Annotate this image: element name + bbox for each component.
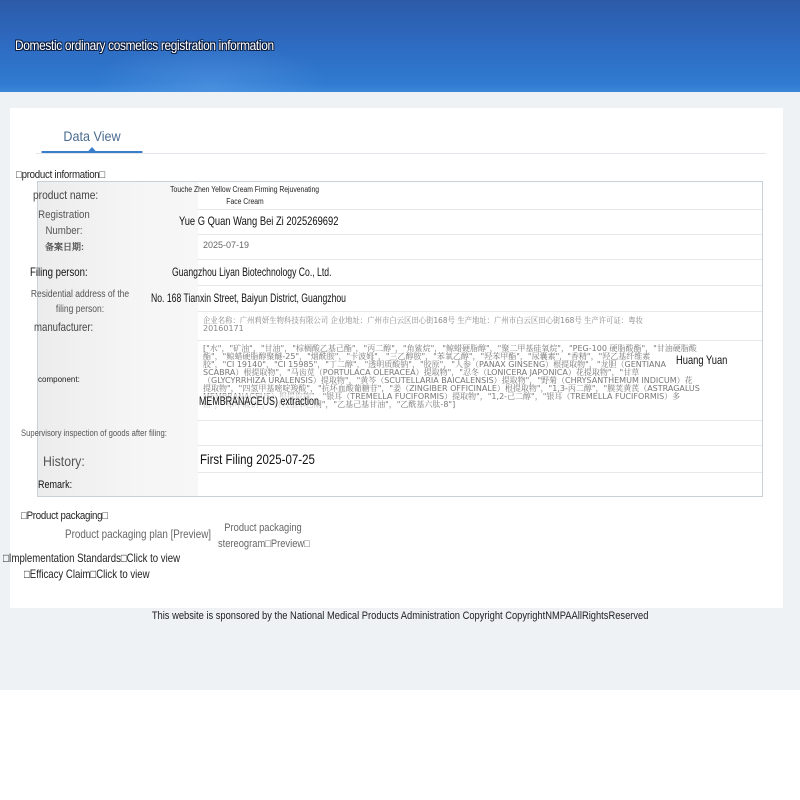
- component-translation-overlay-1: Huang Yuan: [676, 353, 727, 367]
- product-name-value: Touche Zhen Yellow Cream Firming Rejuven…: [150, 184, 340, 208]
- row-divider: [198, 340, 762, 341]
- product-name-label: product name:: [33, 188, 98, 202]
- remark-label: Remark:: [38, 479, 72, 491]
- product-info-table: [37, 181, 763, 497]
- component-translation-overlay-2: MEMBRANACEUS) extraction: [199, 394, 319, 408]
- section-title-product-information: □product information□: [16, 169, 105, 181]
- tab-bar: Data View: [36, 120, 766, 154]
- registration-number-label-line-1: Registration: [34, 207, 94, 223]
- registration-number-label: Registration Number:: [30, 207, 98, 239]
- residential-address-label-line-2: filing person:: [31, 302, 130, 317]
- row-divider: [198, 472, 762, 473]
- implementation-standards-link[interactable]: □Implementation Standards□Click to view: [3, 551, 180, 565]
- page-header: Domestic ordinary cosmetics registration…: [0, 0, 800, 92]
- component-label: component:: [38, 375, 80, 384]
- efficacy-claim-link[interactable]: □Efficacy Claim□Click to view: [24, 567, 150, 581]
- filing-date-label: 备案日期:: [45, 240, 84, 253]
- product-name-line-1: Touche Zhen Yellow Cream Firming Rejuven…: [171, 184, 320, 196]
- page-title: Domestic ordinary cosmetics registration…: [15, 37, 274, 53]
- row-divider: [198, 285, 762, 286]
- registration-number-label-line-2: Number:: [34, 223, 94, 239]
- history-label: History:: [43, 453, 85, 469]
- residential-address-label: Residential address of the filing person…: [22, 287, 138, 317]
- row-divider: [198, 209, 762, 210]
- tab-label: Data View: [63, 128, 120, 144]
- product-name-line-2: Face Cream: [226, 196, 263, 208]
- row-divider: [198, 311, 762, 312]
- residential-address-value: No. 168 Tianxin Street, Baiyun District,…: [151, 291, 346, 305]
- row-divider: [198, 234, 762, 235]
- manufacturer-label: manufacturer:: [34, 320, 93, 334]
- section-title-product-packaging: □Product packaging□: [21, 510, 108, 522]
- footer: This website is sponsored by the Nationa…: [0, 610, 800, 622]
- row-divider: [198, 445, 762, 446]
- row-divider: [198, 420, 762, 421]
- filing-person-label: Filing person:: [30, 265, 88, 279]
- manufacturer-value-line-1: 企业名称：广州莉妍生物科技有限公司 企业地址：广州市白云区田心街168号 生产地…: [203, 317, 643, 325]
- residential-address-label-line-1: Residential address of the: [31, 287, 130, 302]
- registration-number-value: Yue G Quan Wang Bei Zi 2025269692: [179, 214, 338, 228]
- stereogram-link-line-1: Product packaging: [218, 520, 308, 536]
- manufacturer-value: 企业名称：广州莉妍生物科技有限公司 企业地址：广州市白云区田心街168号 生产地…: [203, 317, 681, 333]
- manufacturer-value-line-2: 20160171: [203, 325, 681, 333]
- product-packaging-plan-preview-link[interactable]: Product packaging plan [Preview]: [65, 527, 211, 541]
- active-tab-caret-icon: [88, 147, 97, 152]
- stereogram-link-line-2: stereogram□Preview□: [218, 536, 308, 552]
- history-value: First Filing 2025-07-25: [200, 451, 315, 467]
- row-divider: [198, 259, 762, 260]
- tab-data-view[interactable]: Data View: [42, 120, 143, 153]
- filing-person-value: Guangzhou Liyan Biotechnology Co., Ltd.: [172, 265, 331, 279]
- supervisory-inspection-label: Supervisory inspection of goods after fi…: [21, 428, 167, 438]
- footer-copyright-text: This website is sponsored by the Nationa…: [152, 610, 649, 622]
- filing-date-value: 2025-07-19: [203, 240, 249, 250]
- product-packaging-stereogram-preview-link[interactable]: Product packaging stereogram□Preview□: [210, 520, 316, 552]
